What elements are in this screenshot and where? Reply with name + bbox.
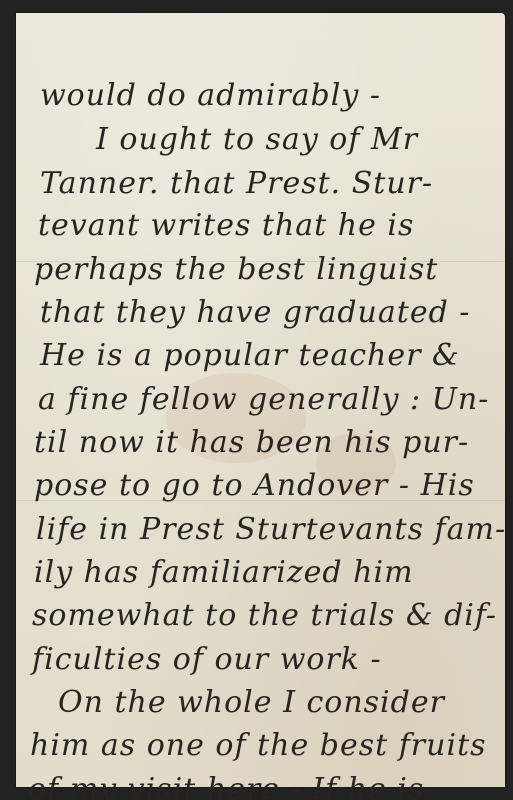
handwritten-line: tevant writes that he is — [38, 211, 414, 241]
handwritten-line: He is a popular teacher & — [40, 341, 460, 371]
handwritten-line: him as one of the best fruits — [30, 731, 487, 761]
handwritten-line: that they have graduated - — [40, 298, 470, 328]
handwritten-line: perhaps the best linguist — [34, 255, 438, 285]
handwritten-line: a fine fellow generally : Un- — [38, 385, 489, 415]
handwritten-line: pose to go to Andover - His — [34, 471, 475, 501]
handwritten-line: would do admirably - — [40, 81, 381, 111]
handwritten-line: of my visit here - If he is — [28, 775, 424, 800]
handwritten-line: life in Prest Sturtevants fam- — [36, 515, 506, 545]
handwritten-line: On the whole I consider — [58, 688, 445, 718]
document-scan: would do admirably - I ought to say of M… — [0, 0, 513, 800]
handwritten-line: til now it has been his pur- — [34, 428, 469, 458]
handwritten-line: ficulties of our work - — [32, 645, 382, 675]
handwritten-line: Tanner. that Prest. Stur- — [40, 169, 433, 199]
handwritten-line: I ought to say of Mr — [96, 125, 418, 155]
handwritten-line: ily has familiarized him — [34, 558, 414, 588]
letter-page: would do admirably - I ought to say of M… — [16, 13, 505, 787]
handwritten-line: somewhat to the trials & dif- — [32, 601, 497, 631]
